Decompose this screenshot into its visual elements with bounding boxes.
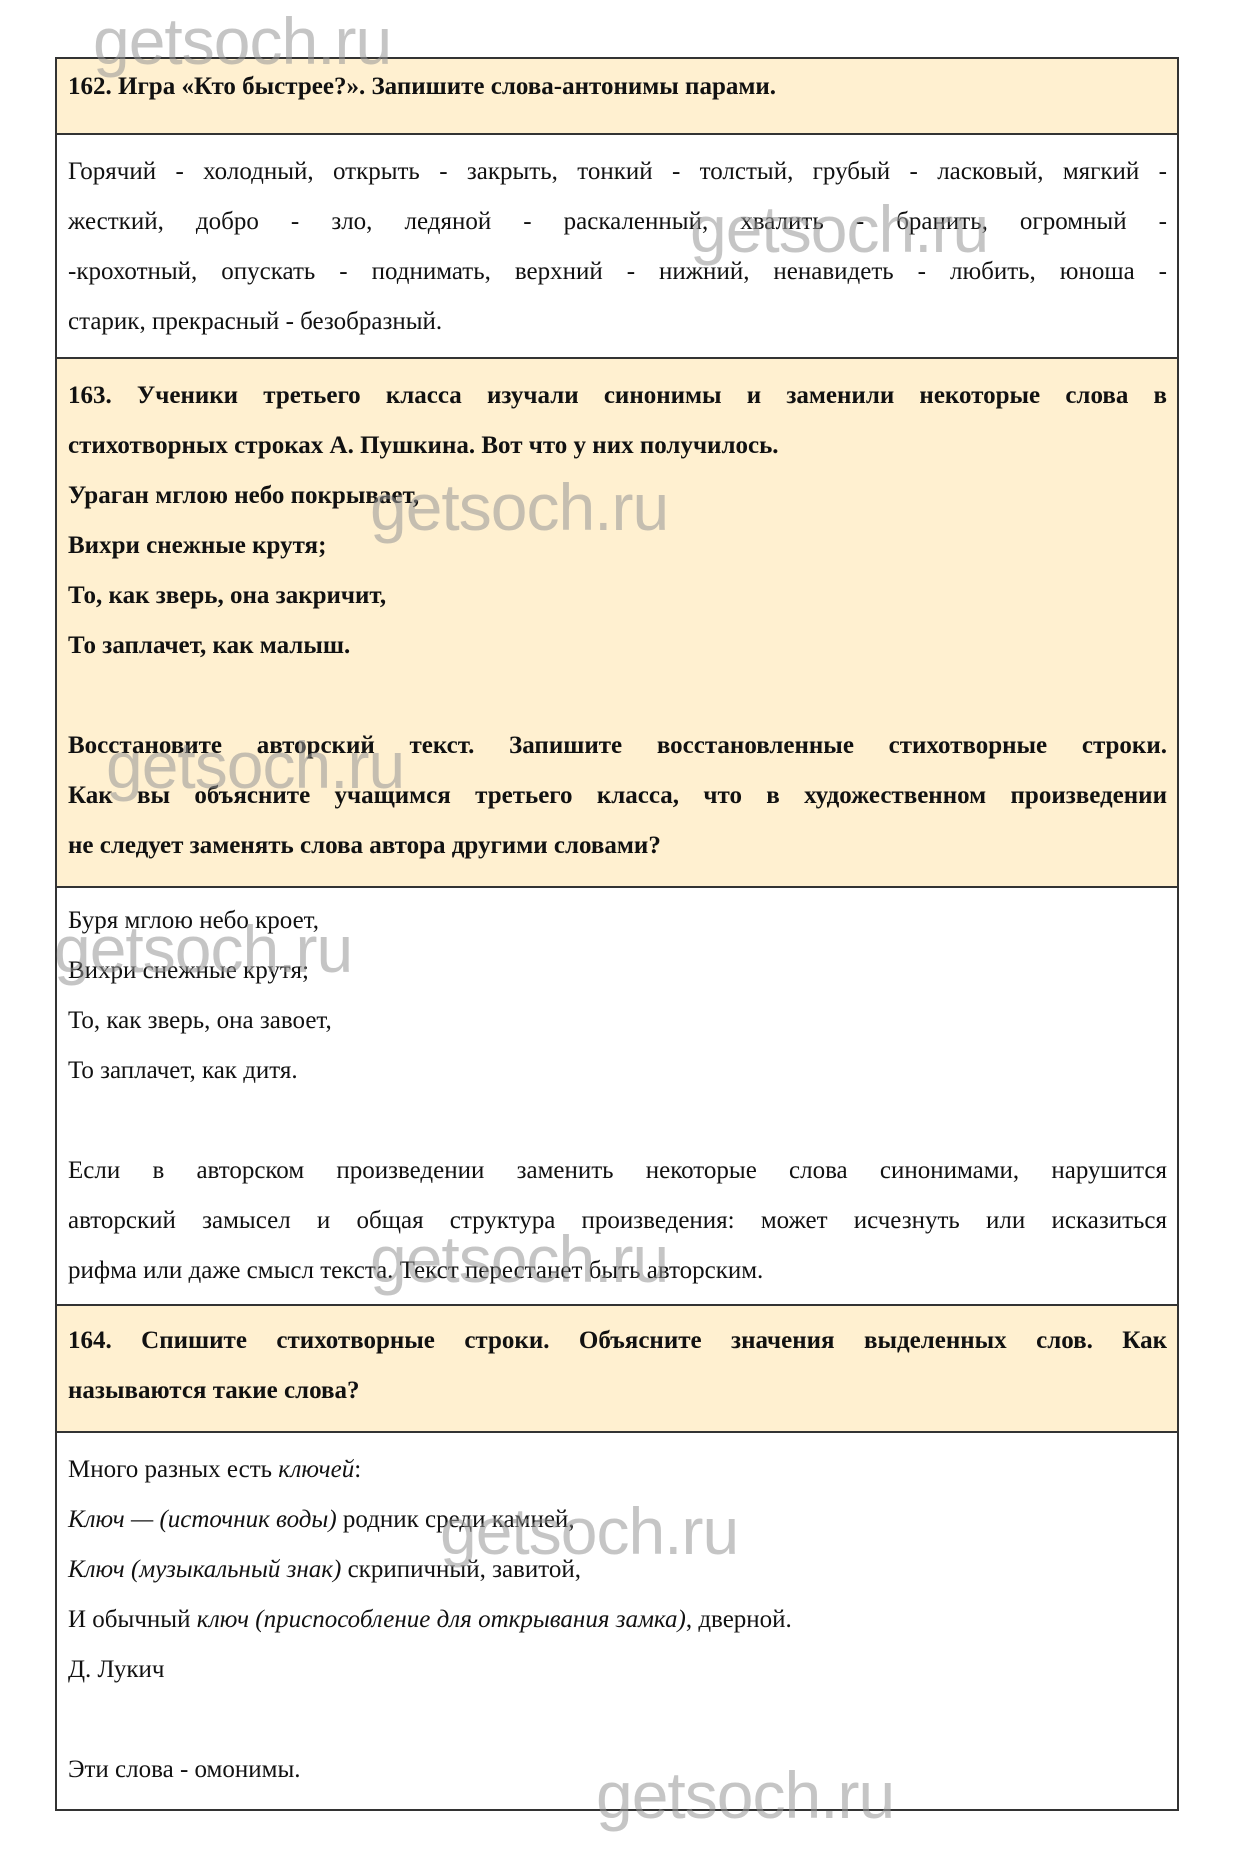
poem-text: Д. Лукич — [68, 1656, 164, 1683]
poem-line: Ключ — (источник воды) родник среди камн… — [68, 1495, 1167, 1545]
highlighted-word: ключей — [278, 1456, 354, 1483]
question-text: 163. Ученики третьего класса изучали син… — [68, 371, 1167, 421]
poem-text: Много разных есть — [68, 1456, 278, 1483]
poem-text: скрипичный, завитой, — [341, 1556, 581, 1583]
quoted-verse-line: То, как зверь, она закричит, — [68, 571, 1167, 621]
poem-text: И обычный — [68, 1606, 197, 1633]
answer-verse-line: То, как зверь, она завоет, — [68, 996, 1167, 1046]
poem-line: И обычный ключ (приспособление для откры… — [68, 1595, 1167, 1645]
answer-line: Эти слова - омонимы. — [68, 1745, 1167, 1795]
poem-text: : — [354, 1456, 361, 1483]
highlighted-word: ключ (приспособление для открывания замк… — [197, 1606, 686, 1633]
question-text: не следует заменять слова автора другими… — [68, 821, 1167, 871]
homework-table: 162. Игра «Кто быстрее?». Запишите слова… — [55, 57, 1179, 1811]
task-164-question: 164. Спишите стихотворные строки. Объясн… — [57, 1306, 1177, 1433]
answer-line: старик, прекрасный - безобразный. — [68, 297, 1167, 347]
task-162-question: 162. Игра «Кто быстрее?». Запишите слова… — [57, 59, 1177, 135]
answer-verse-line: То заплачет, как дитя. — [68, 1046, 1167, 1096]
answer-line: жесткий, добро - зло, ледяной - раскален… — [68, 197, 1167, 247]
question-text: стихотворных строках А. Пушкина. Вот что… — [68, 421, 1167, 471]
task-163-answer: Буря мглою небо кроет, Вихри снежные кру… — [57, 888, 1177, 1306]
answer-line: Горячий - холодный, открыть - закрыть, т… — [68, 147, 1167, 197]
poem-line: Ключ (музыкальный знак) скрипичный, зави… — [68, 1545, 1167, 1595]
poem-text: , дверной. — [686, 1606, 792, 1633]
task-164-answer: Много разных есть ключей:Ключ — (источни… — [57, 1433, 1177, 1811]
highlighted-word: Ключ (музыкальный знак) — [68, 1556, 341, 1583]
answer-line: авторский замысел и общая структура прои… — [68, 1196, 1167, 1246]
poem: Много разных есть ключей:Ключ — (источни… — [68, 1445, 1167, 1695]
poem-text: родник среди камней, — [337, 1506, 575, 1533]
answer-verse-line: Вихри снежные крутя; — [68, 946, 1167, 996]
spacer — [68, 1096, 1167, 1146]
poem-line: Д. Лукич — [68, 1645, 1167, 1695]
spacer — [68, 1695, 1167, 1745]
spacer — [68, 671, 1167, 721]
question-text: 162. Игра «Кто быстрее?». Запишите слова… — [68, 59, 1167, 107]
question-text: Восстановите авторский текст. Запишите в… — [68, 721, 1167, 771]
quoted-verse-line: Вихри снежные крутя; — [68, 521, 1167, 571]
quoted-verse-line: То заплачет, как малыш. — [68, 621, 1167, 671]
quoted-verse-line: Ураган мглою небо покрывает, — [68, 471, 1167, 521]
answer-verse-line: Буря мглою небо кроет, — [68, 896, 1167, 946]
highlighted-word: Ключ — (источник воды) — [68, 1506, 337, 1533]
task-163-question: 163. Ученики третьего класса изучали син… — [57, 359, 1177, 888]
answer-line: рифма или даже смысл текста. Текст перес… — [68, 1246, 1167, 1296]
question-text: Как вы объясните учащимся третьего класс… — [68, 771, 1167, 821]
question-text: 164. Спишите стихотворные строки. Объясн… — [68, 1316, 1167, 1366]
poem-line: Много разных есть ключей: — [68, 1445, 1167, 1495]
answer-line: -крохотный, опускать - поднимать, верхни… — [68, 247, 1167, 297]
answer-line: Если в авторском произведении заменить н… — [68, 1146, 1167, 1196]
question-text: называются такие слова? — [68, 1366, 1167, 1416]
task-162-answer: Горячий - холодный, открыть - закрыть, т… — [57, 135, 1177, 359]
